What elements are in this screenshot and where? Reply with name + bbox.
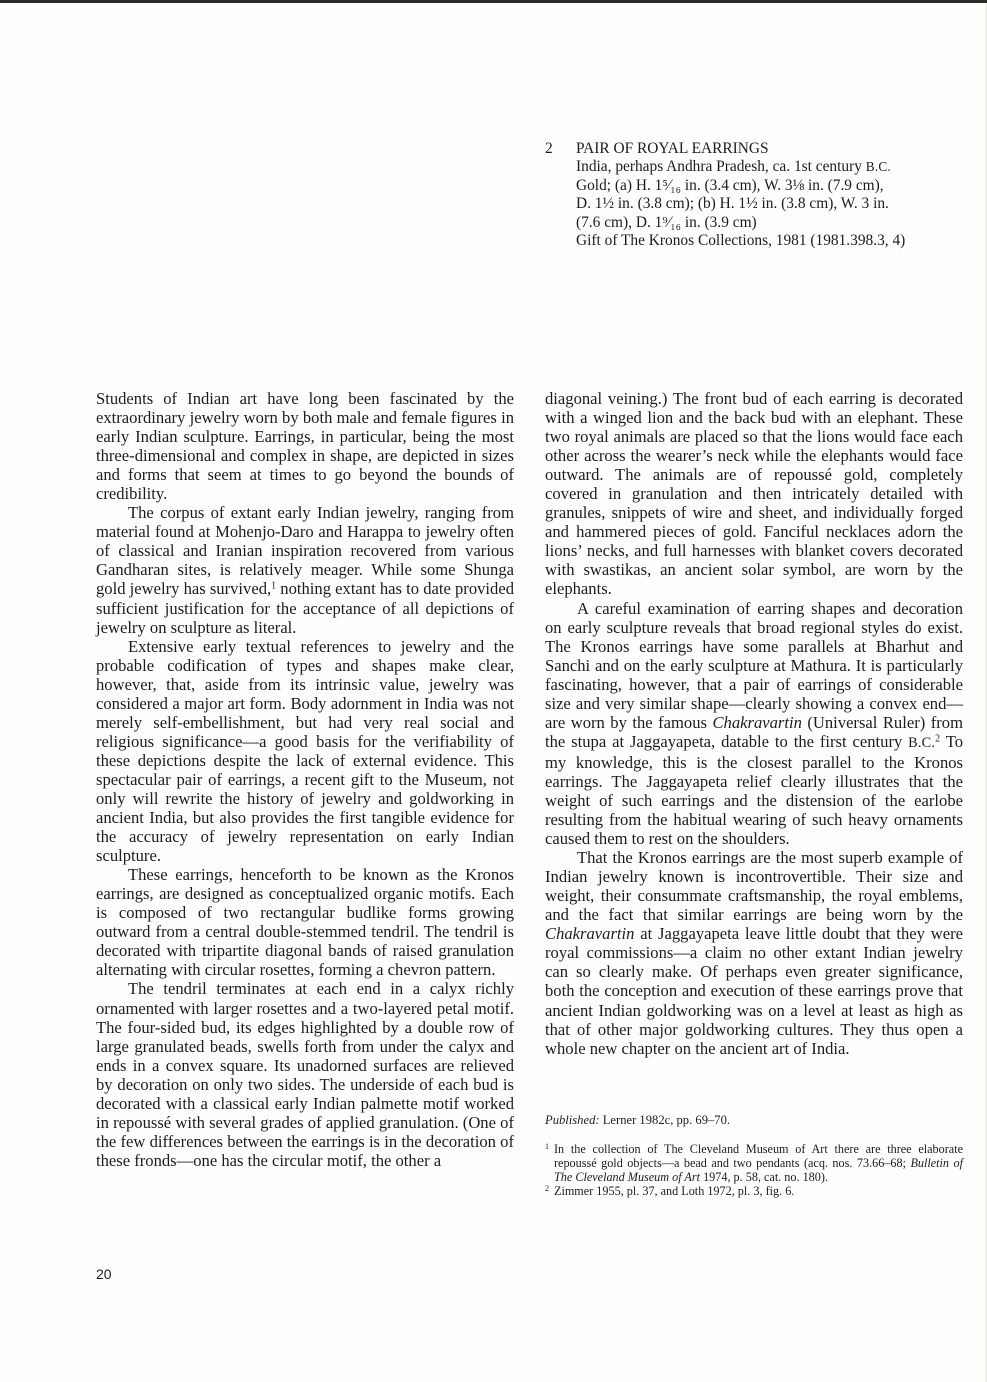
paragraph: The tendril terminates at each end in a …: [96, 979, 514, 1169]
credit-line: Gift of The Kronos Collections, 1981 (19…: [576, 232, 976, 250]
catalog-number: 2: [545, 140, 553, 158]
era-text: B.C.: [908, 735, 935, 751]
top-border-strip: [0, 0, 987, 3]
catalog-title: PAIR OF ROYAL EARRINGS: [576, 140, 976, 158]
footnote-text: In the collection of The Cleveland Museu…: [554, 1142, 963, 1170]
footnote-mark: 2: [545, 1182, 549, 1196]
paragraph: The corpus of extant early Indian jewelr…: [96, 503, 514, 636]
dimensions-line: D. 1½ in. (3.8 cm); (b) H. 1½ in. (3.8 c…: [576, 195, 976, 213]
italic-term: Chakravartin: [712, 713, 801, 732]
published-reference: Published: Lerner 1982c, pp. 69–70.: [545, 1112, 730, 1128]
footnotes: 1In the collection of The Cleveland Muse…: [545, 1143, 963, 1199]
paragraph: That the Kronos earrings are the most su…: [545, 848, 963, 1058]
body-column-right: diagonal veining.) The front bud of each…: [545, 389, 963, 1058]
paragraph: These earrings, henceforth to be known a…: [96, 865, 514, 979]
paragraph-text: at Jaggayapeta leave little doubt that t…: [545, 924, 963, 1057]
paragraph: Students of Indian art have long been fa…: [96, 389, 514, 503]
dimensions-line: Gold; (a) H. 1⁵⁄₁₆ in. (3.4 cm), W. 3⅛ i…: [576, 177, 976, 195]
page-number: 20: [96, 1266, 112, 1282]
catalog-origin: India, perhaps Andhra Pradesh, ca. 1st c…: [576, 158, 976, 176]
footnote-mark: 1: [545, 1140, 549, 1154]
dimensions-line: (7.6 cm), D. 1⁹⁄₁₆ in. (3.9 cm): [576, 214, 976, 232]
italic-term: Chakravartin: [545, 924, 634, 943]
footnote-1: 1In the collection of The Cleveland Muse…: [545, 1143, 963, 1185]
body-column-left: Students of Indian art have long been fa…: [96, 389, 514, 1170]
footnote-text: 1974, p. 58, cat. no. 180).: [700, 1170, 828, 1184]
paragraph: A careful examination of earring shapes …: [545, 599, 963, 849]
paragraph-text: A careful examination of earring shapes …: [545, 599, 963, 732]
published-text: Lerner 1982c, pp. 69–70.: [600, 1113, 730, 1127]
origin-text: India, perhaps Andhra Pradesh, ca. 1st c…: [576, 158, 866, 175]
paragraph: Extensive early textual references to je…: [96, 637, 514, 866]
published-label: Published:: [545, 1113, 600, 1127]
footnote-text: Zimmer 1955, pl. 37, and Loth 1972, pl. …: [554, 1184, 794, 1198]
origin-era: B.C.: [866, 159, 891, 174]
footnote-2: 2Zimmer 1955, pl. 37, and Loth 1972, pl.…: [545, 1185, 963, 1199]
paragraph-text: That the Kronos earrings are the most su…: [545, 848, 963, 924]
paragraph: diagonal veining.) The front bud of each…: [545, 389, 963, 599]
